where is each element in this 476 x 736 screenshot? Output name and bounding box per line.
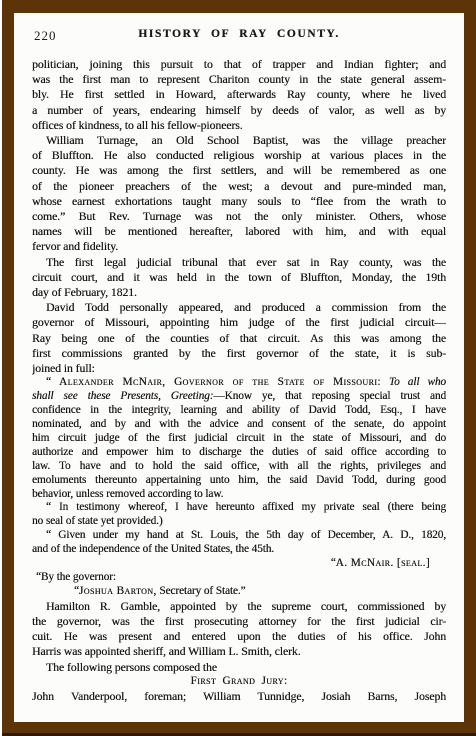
text-line: first commissions granted by the first g… [32,346,446,361]
paragraph-commission-quote: “ Alexander McNair, Governor of the Stat… [32,376,446,501]
text-line: Hamilton R. Gamble, appointed by the sup… [32,599,446,614]
text-line: offices of kindness, to all his fellow-p… [32,118,446,133]
text-line: behavior, unless removed according to la… [32,488,446,502]
paragraph-william-turnage: William Turnage, an Old School Baptist, … [32,133,446,255]
running-title: HISTORY OF RAY COUNTY. [32,28,446,40]
text-line: come.” But Rev. Turnage was not the only… [32,209,446,224]
text-line: “ In testimony whereof, I have hereunto … [32,501,446,515]
paragraph-hamilton-gamble: Hamilton R. Gamble, appointed by the sup… [32,599,446,660]
text-line: the governor, was the first prosecuting … [32,614,446,629]
text-line: shall see these Presents, Greeting:—Know… [32,390,446,404]
text-line: David Todd personally appeared, and prod… [32,300,446,315]
text-line: joined in full: [32,361,446,376]
page-text: politician, joining this pursuit to that… [32,57,446,704]
text-line: whose earnest exhortations taught many s… [32,194,446,209]
paragraph-given-under-hand: “ Given under my hand at St. Louis, the … [32,529,446,557]
text-line: names will be mentioned hereafter, labor… [32,224,446,239]
book-page: 220 HISTORY OF RAY COUNTY. politician, j… [14,13,464,722]
text-line: First Grand Jury: [32,675,446,689]
text-line: circuit court, and it was held in the to… [32,270,446,285]
paragraph-politician: politician, joining this pursuit to that… [32,57,446,133]
text-line: bly. He first settled in Howard, afterwa… [32,87,446,102]
text-line: no seal of state yet provided.) [32,515,446,529]
line-joshua-barton: “Joshua Barton, Secretary of State.” [32,585,446,599]
page-number: 220 [34,28,57,44]
text-line: fervor and fidelity. [32,239,446,254]
paragraph-grand-jury-names: John Vanderpool, foreman; William Tunnid… [32,689,446,704]
text-line: him circuit judge of the first judicial … [32,432,446,446]
text-line: William Turnage, an Old School Baptist, … [32,133,446,148]
text-line: John Vanderpool, foreman; William Tunnid… [32,689,446,704]
text-line: “By the governor: [32,571,446,585]
text-line: “ Alexander McNair, Governor of the Stat… [32,376,446,390]
page-header: 220 HISTORY OF RAY COUNTY. [32,28,446,44]
text-line: nominated, and by and with the advice an… [32,418,446,432]
first-grand-jury-heading: First Grand Jury: [32,675,446,689]
text-line: cuit. He was present and entered upon th… [32,629,446,644]
text-line: day of February, 1821. [32,285,446,300]
text-line: emoluments thereunto appertaining unto h… [32,474,446,488]
text-line: and of the independence of the United St… [32,543,446,557]
paragraph-testimony: “ In testimony whereof, I have hereunto … [32,501,446,529]
text-line: Ray being one of the counties of that ci… [32,331,446,346]
text-line: a number of years, endearing himself by … [32,103,446,118]
text-line: The first legal judicial tribunal that e… [32,255,446,270]
text-line: The following persons composed the [32,660,446,675]
text-line: of Bluffton. He also conducted religious… [32,148,446,163]
text-line: of the pioneer preachers of the west; a … [32,179,446,194]
text-line: county. He was among the first settlers,… [32,163,446,178]
text-line: Harris was appointed sheriff, and Willia… [32,644,446,659]
text-line: authorize and empower him to discharge t… [32,446,446,460]
text-line: confidence in the integrity, learning an… [32,404,446,418]
paragraph-first-tribunal: The first legal judicial tribunal that e… [32,255,446,301]
text-line: governor of Missouri, appointing him jud… [32,315,446,330]
line-by-the-governor: “By the governor: [32,571,446,585]
signature-line-mcnair: “A. McNair. [seal.] [32,557,446,571]
text-line: law. To have and to hold the said office… [32,460,446,474]
text-line: “A. McNair. [seal.] [32,557,446,571]
paragraph-david-todd: David Todd personally appeared, and prod… [32,300,446,376]
text-line: “Joshua Barton, Secretary of State.” [32,585,446,599]
paragraph-following-persons: The following persons composed the [32,660,446,675]
page-border-frame: 220 HISTORY OF RAY COUNTY. politician, j… [2,0,476,736]
scanned-page: 220 HISTORY OF RAY COUNTY. politician, j… [0,0,476,736]
text-line: politician, joining this pursuit to that… [32,57,446,72]
text-line: “ Given under my hand at St. Louis, the … [32,529,446,543]
text-line: was the first man to represent Chariton … [32,72,446,87]
